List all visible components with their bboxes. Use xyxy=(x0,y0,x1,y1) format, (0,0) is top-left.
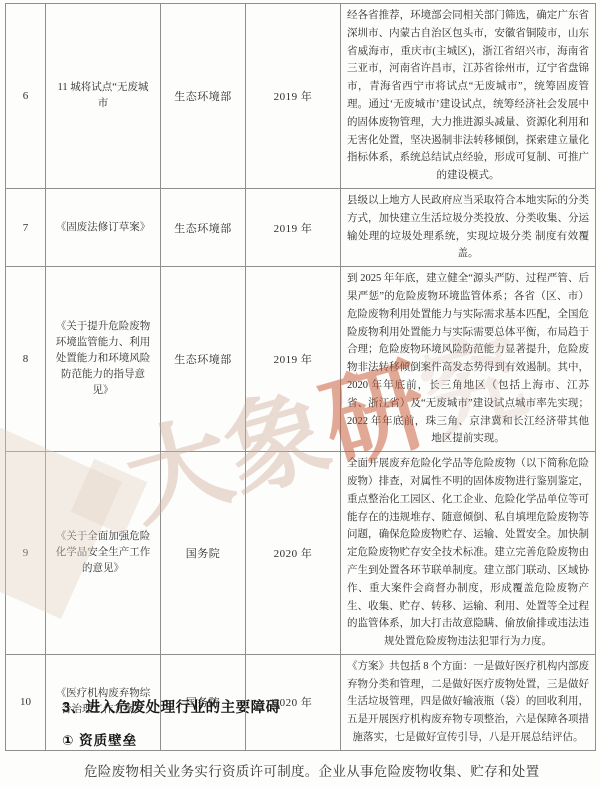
table-row: 8 《关于提升危险废物环境监管能力、利用处置能力和环境风险防范能力的指导意见》 … xyxy=(6,267,596,452)
row-number: 9 xyxy=(6,452,46,655)
policy-name: 《医疗机构废弃物综合治理工作方案》 xyxy=(46,654,161,750)
issue-year: 2020 年 xyxy=(246,654,341,750)
policy-table: 6 11 城将试点“无废城市 生态环境部 2019 年 经各省推荐，环境部会同相… xyxy=(5,3,596,751)
row-number: 8 xyxy=(6,267,46,452)
issuing-department: 生态环境部 xyxy=(161,267,246,452)
policy-content: 县级以上地方人民政府应当采取符合本地实际的分类方式，加快建立生活垃圾分类投放、分… xyxy=(341,188,596,266)
issuing-department: 国务院 xyxy=(161,452,246,655)
issuing-department: 生态环境部 xyxy=(161,188,246,266)
policy-content: 经各省推荐，环境部会同相关部门筛选，确定广东省深圳市、内蒙古自治区包头市，安徽省… xyxy=(341,4,596,189)
policy-name: 《关于提升危险废物环境监管能力、利用处置能力和环境风险防范能力的指导意见》 xyxy=(46,267,161,452)
row-number: 6 xyxy=(6,4,46,189)
issuing-department: 国务院 xyxy=(161,654,246,750)
row-number: 7 xyxy=(6,188,46,266)
table-row: 7 《固废法修订草案》 生态环境部 2019 年 县级以上地方人民政府应当采取符… xyxy=(6,188,596,266)
policy-name: 《关于全面加强危险化学品安全生产工作的意见》 xyxy=(46,452,161,655)
issuing-department: 生态环境部 xyxy=(161,4,246,189)
policy-name: 《固废法修订草案》 xyxy=(46,188,161,266)
issue-year: 2020 年 xyxy=(246,452,341,655)
issue-year: 2019 年 xyxy=(246,4,341,189)
table-row: 10 《医疗机构废弃物综合治理工作方案》 国务院 2020 年 《方案》共包括 … xyxy=(6,654,596,750)
body-paragraph: 危险废物相关业务实行资质许可制度。企业从事危险废物收集、贮存和处置 xyxy=(84,760,584,780)
table-row: 9 《关于全面加强危险化学品安全生产工作的意见》 国务院 2020 年 全面开展… xyxy=(6,452,596,655)
issue-year: 2019 年 xyxy=(246,188,341,266)
policy-name: 11 城将试点“无废城市 xyxy=(46,4,161,189)
policy-content: 全面开展废弃危险化学品等危险废物（以下简称危险废物）排查，对属性不明的固体废物进… xyxy=(341,452,596,655)
policy-content: 《方案》共包括 8 个方面：一是做好医疗机构内部废弃物分类和管理，二是做好医疗废… xyxy=(341,654,596,750)
table-row: 6 11 城将试点“无废城市 生态环境部 2019 年 经各省推荐，环境部会同相… xyxy=(6,4,596,189)
issue-year: 2019 年 xyxy=(246,267,341,452)
row-number: 10 xyxy=(6,654,46,750)
policy-content: 到 2025 年年底，建立健全“源头严防、过程严管、后果严惩”的危险废物环境监管… xyxy=(341,267,596,452)
